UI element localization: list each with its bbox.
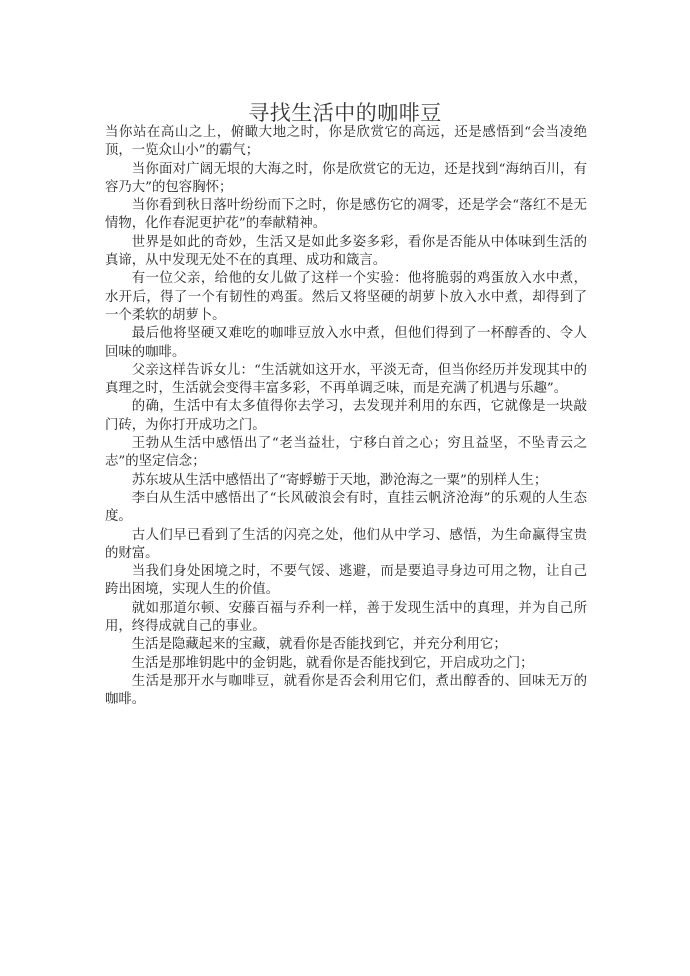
paragraph: 当你看到秋日落叶纷纷而下之时，你是感伤它的凋零，还是学会“落红不是无情物，化作春… — [105, 197, 587, 234]
paragraph: 生活是隐藏起来的宝藏，就看你是否能找到它，并充分利用它； — [105, 636, 587, 654]
paragraph: 就如那道尔顿、安藤百福与乔利一样，善于发现生活中的真理，并为自己所用，终得成就自… — [105, 600, 587, 637]
paragraph: 王勃从生活中感悟出了“老当益壮，宁移白首之心；穷且益坚，不坠青云之志”的坚定信念… — [105, 435, 587, 472]
paragraph: 当我们身处困境之时，不要气馁、逃避，而是要追寻身边可用之物，让自己跨出困境，实现… — [105, 563, 587, 600]
paragraph: 当你面对广阔无垠的大海之时，你是欣赏它的无边，还是找到“海纳百川，有容乃大”的包… — [105, 161, 587, 198]
paragraph: 生活是那堆钥匙中的金钥匙，就看你是否能找到它，开启成功之门； — [105, 655, 587, 673]
paragraph: 世界是如此的奇妙，生活又是如此多姿多彩，看你是否能从中体味到生活的真谛，从中发现… — [105, 234, 587, 271]
paragraph: 最后他将坚硬又难吃的咖啡豆放入水中煮，但他们得到了一杯醇香的、令人回味的咖啡。 — [105, 325, 587, 362]
paragraph: 父亲这样告诉女儿：“生活就如这开水，平淡无奇，但当你经历并发现其中的真理之时，生… — [105, 362, 587, 399]
document-body: 当你站在高山之上，俯瞰大地之时，你是欣赏它的高远，还是感悟到“会当凌绝顶，一览众… — [105, 124, 587, 710]
paragraph: 当你站在高山之上，俯瞰大地之时，你是欣赏它的高远，还是感悟到“会当凌绝顶，一览众… — [105, 124, 587, 161]
document-title: 寻找生活中的咖啡豆 — [0, 99, 690, 127]
paragraph: 苏东坡从生活中感悟出了“寄蜉蝣于天地，渺沧海之一粟”的别样人生； — [105, 472, 587, 490]
paragraph: 生活是那开水与咖啡豆，就看你是否会利用它们，煮出醇香的、回味无万的咖啡。 — [105, 673, 587, 710]
paragraph: 古人们早已看到了生活的闪亮之处，他们从中学习、感悟，为生命赢得宝贵的财富。 — [105, 527, 587, 564]
paragraph: 有一位父亲，给他的女儿做了这样一个实验：他将脆弱的鸡蛋放入水中煮，水开后，得了一… — [105, 270, 587, 325]
paragraph: 李白从生活中感悟出了“长风破浪会有时，直挂云帆济沧海”的乐观的人生态度。 — [105, 490, 587, 527]
paragraph: 的确，生活中有太多值得你去学习，去发现并利用的东西，它就像是一块敲门砖，为你打开… — [105, 398, 587, 435]
document-page: 寻找生活中的咖啡豆 当你站在高山之上，俯瞰大地之时，你是欣赏它的高远，还是感悟到… — [0, 0, 690, 976]
